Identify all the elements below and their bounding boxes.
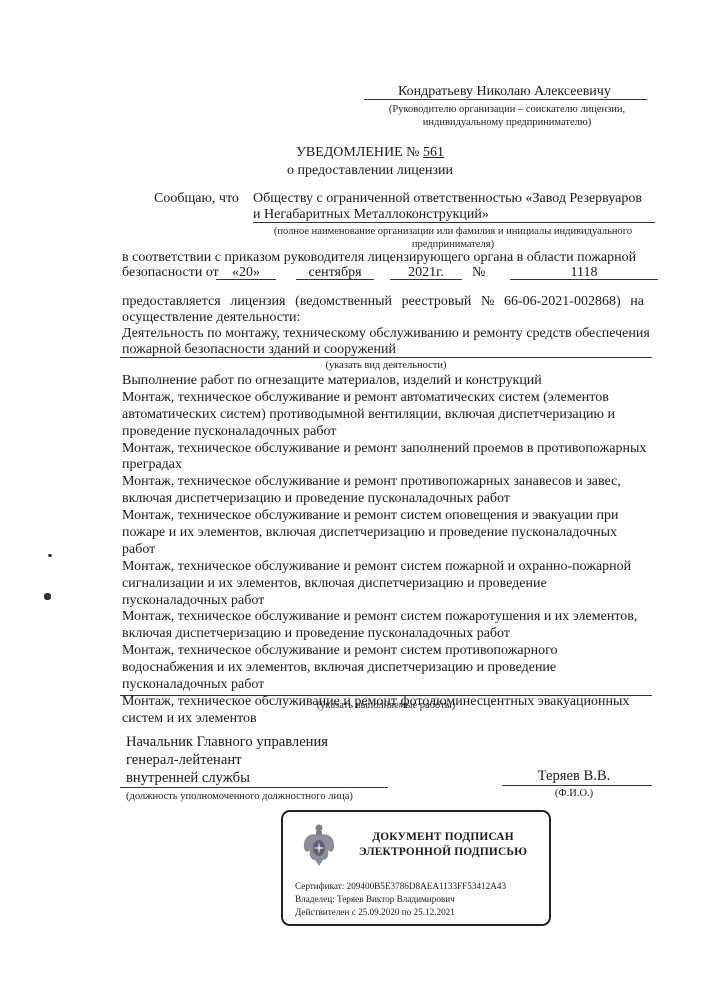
- license-word: на: [630, 293, 644, 310]
- works-list: Выполнение работ по огнезащите материало…: [122, 372, 662, 727]
- works-caption: (указать выполняемые работы): [120, 699, 652, 712]
- recipient-underline: [253, 222, 655, 223]
- document-title: УВЕДОМЛЕНИЕ № 561: [230, 144, 510, 161]
- works-line: Монтаж, техническое обслуживание и ремон…: [122, 558, 662, 575]
- activity-line-2: пожарной безопасности зданий и сооружени…: [122, 341, 396, 358]
- works-line: Монтаж, техническое обслуживание и ремон…: [122, 608, 662, 625]
- license-word: №: [481, 293, 494, 310]
- stamp-certificate: Сертификат: 209400B5E3786D8AEA1133FF5341…: [295, 880, 506, 894]
- license-word: (ведомственный: [295, 293, 392, 310]
- order-number-underline: [510, 279, 658, 280]
- activity-underline: [120, 357, 652, 358]
- works-line: Монтаж, техническое обслуживание и ремон…: [122, 389, 662, 406]
- addressee-caption-1: (Руководителю организации – соискателю л…: [362, 103, 652, 116]
- addressee-name: Кондратьеву Николаю Алексеевичу: [398, 83, 611, 100]
- works-line: Монтаж, техническое обслуживание и ремон…: [122, 507, 662, 524]
- document-subtitle: о предоставлении лицензии: [230, 162, 510, 179]
- works-line: работ: [122, 541, 662, 558]
- activity-caption: (указать вид деятельности): [120, 359, 652, 372]
- signatory-name: Теряев В.В.: [500, 768, 648, 785]
- order-year-underline: [390, 279, 462, 280]
- order-prefix: безопасности от: [122, 264, 219, 281]
- e-signature-stamp: ДОКУМЕНТ ПОДПИСАН ЭЛЕКТРОННОЙ ПОДПИСЬЮ С…: [281, 810, 551, 926]
- works-line: проведение пусконаладочных работ: [122, 423, 662, 440]
- works-line: автоматических систем) противодымной вен…: [122, 406, 662, 423]
- works-line: Монтаж, техническое обслуживание и ремон…: [122, 642, 662, 659]
- stamp-owner: Владелец: Теряев Виктор Владимирович: [295, 893, 455, 907]
- order-number-label: №: [472, 264, 485, 281]
- stamp-validity: Действителен с 25.09.2020 по 25.12.2021: [295, 906, 455, 920]
- stamp-heading-1: ДОКУМЕНТ ПОДПИСАН: [343, 830, 543, 845]
- order-month-underline: [296, 279, 374, 280]
- works-underline: [120, 695, 652, 696]
- position-underline: [120, 787, 388, 788]
- license-line-2: осуществление деятельности:: [122, 309, 300, 326]
- scan-speck: [48, 554, 52, 557]
- recipient-org-line-1: Обществу с ограниченной ответственностью…: [253, 190, 642, 207]
- works-line: сигнализации и их элементов, включая дис…: [122, 575, 662, 592]
- license-word: лицензия: [230, 293, 285, 310]
- title-prefix: УВЕДОМЛЕНИЕ №: [296, 145, 420, 160]
- works-line: Монтаж, техническое обслуживание и ремон…: [122, 473, 662, 490]
- works-line: Монтаж, техническое обслуживание и ремон…: [122, 440, 662, 457]
- works-line: водоснабжения и их элементов, включая ди…: [122, 659, 662, 676]
- recipient-lead: Сообщаю, что: [154, 190, 239, 207]
- works-line: включая диспетчеризацию и проведение пус…: [122, 625, 662, 642]
- recipient-org-line-2: и Негабаритных Металлоконструкций»: [253, 206, 489, 223]
- recipient-caption-1: (полное наименование организации или фам…: [246, 225, 660, 238]
- license-word: предоставляется: [122, 293, 221, 310]
- emchs-emblem-icon: [301, 822, 337, 870]
- works-line: пожаре и их элементов, включая диспетчер…: [122, 524, 662, 541]
- works-line: Выполнение работ по огнезащите материало…: [122, 372, 662, 389]
- addressee-underline: [364, 99, 647, 100]
- notice-number: 561: [423, 145, 444, 160]
- addressee-caption-2: индивидуальному предпринимателю): [362, 116, 652, 129]
- signatory-position-3: внутренней службы: [126, 770, 250, 787]
- works-line: систем и их элементов: [122, 710, 662, 727]
- works-line: включая диспетчеризацию и проведение пус…: [122, 490, 662, 507]
- registry-number: 66-06-2021-002868): [504, 293, 621, 310]
- license-line-1: предоставляется лицензия (ведомственный …: [122, 293, 644, 310]
- works-line: пусконаладочных работ: [122, 676, 662, 693]
- works-line: пусконаладочных работ: [122, 592, 662, 609]
- name-caption: (Ф.И.О.): [500, 787, 648, 800]
- works-line: преградах: [122, 456, 662, 473]
- activity-line-1: Деятельность по монтажу, техническому об…: [122, 325, 650, 342]
- scan-speck: [44, 593, 51, 600]
- order-day-underline: [216, 279, 276, 280]
- position-caption: (должность уполномоченного должностного …: [126, 790, 353, 803]
- signatory-position-2: генерал-лейтенант: [126, 752, 242, 769]
- stamp-heading-2: ЭЛЕКТРОННОЙ ПОДПИСЬЮ: [343, 845, 543, 860]
- license-word: реестровый: [402, 293, 472, 310]
- name-underline: [502, 785, 652, 786]
- signatory-position-1: Начальник Главного управления: [126, 734, 328, 751]
